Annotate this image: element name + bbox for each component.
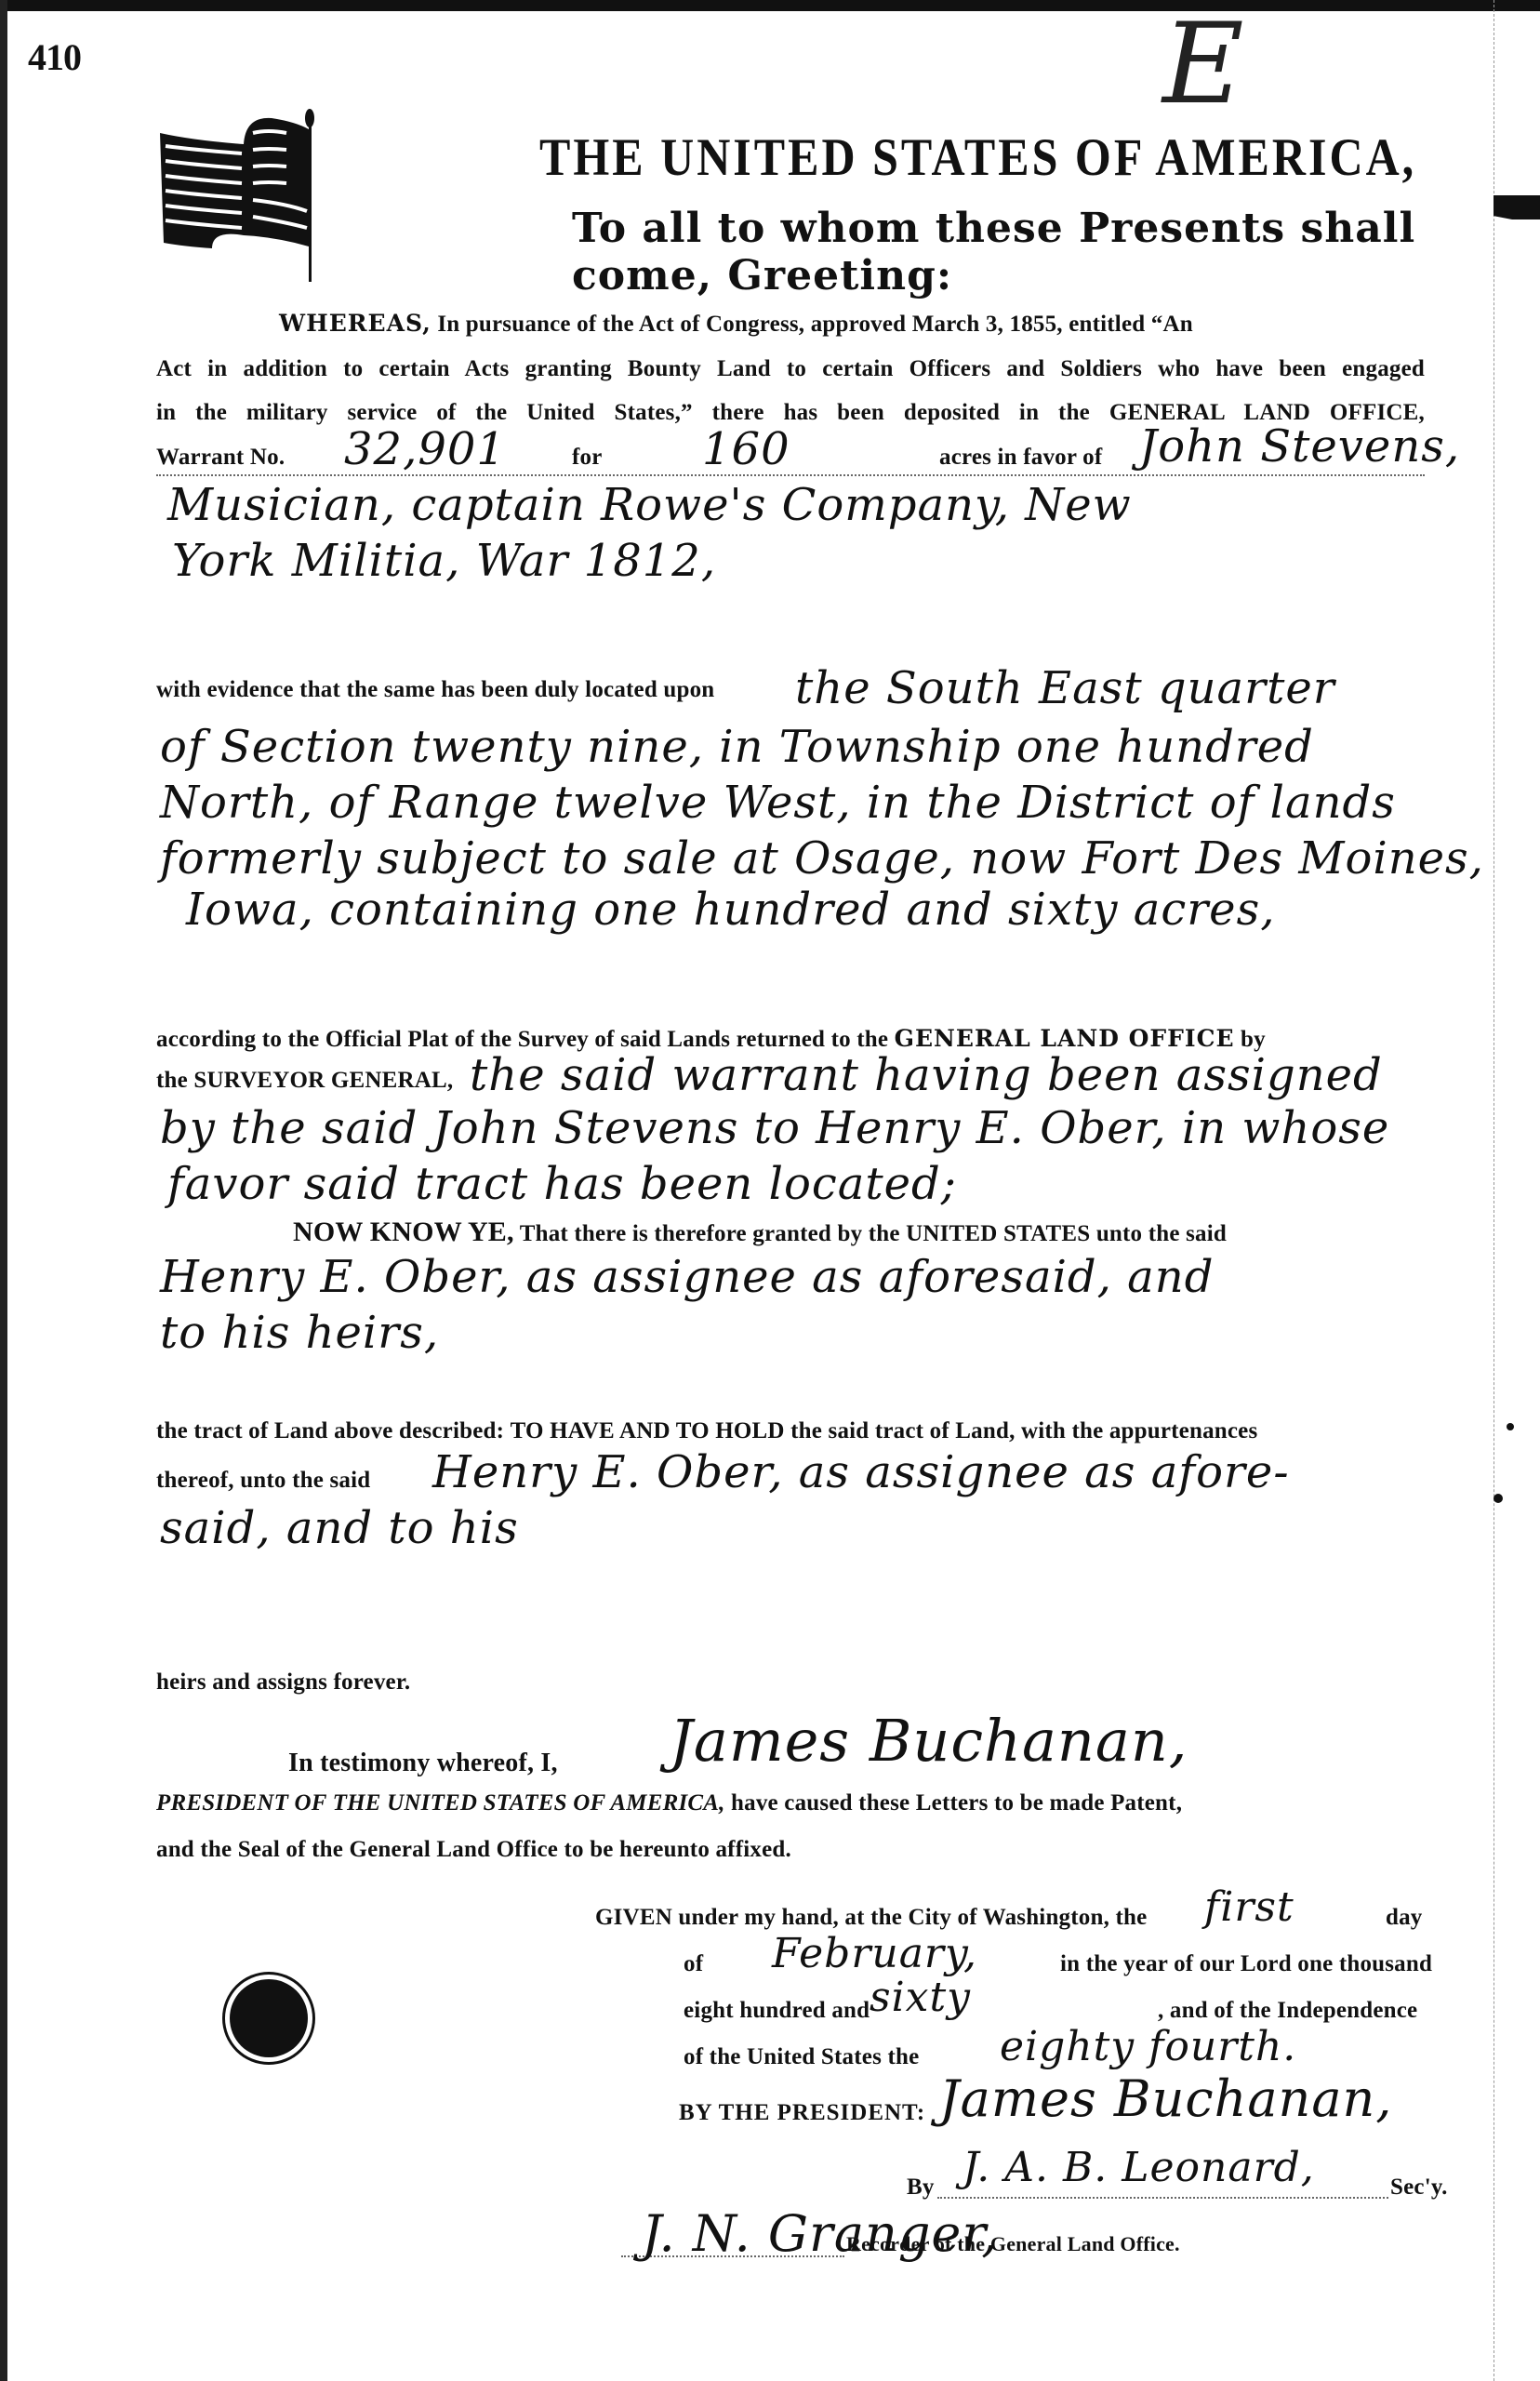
dotted-rule [156,474,1425,476]
greeting: To all to whom these Presents shall come… [572,205,1540,299]
acres-value: 160 [702,423,790,475]
independence-year: eighty fourth. [1000,2023,1296,2070]
given-line-3: eight hundred and [684,1998,870,2024]
flag-icon [156,107,314,284]
location-label: with evidence that the same has been dul… [156,677,714,703]
location-line-5: Iowa, containing one hundred and sixty a… [186,884,1275,936]
grantee-description-line-1: Musician, captain Rowe's Company, New [167,479,1132,531]
preamble-line-2: Act in addition to certain Acts granting… [156,356,1425,382]
margin-annotation: E [1162,9,1244,121]
page-number: 410 [28,35,81,79]
given-line-2: in the year of our Lord one thousand [1060,1951,1432,1977]
for-label: for [572,445,603,471]
given-month: February, [772,1930,977,1977]
given-day: first [1204,1883,1294,1931]
warrant-label: Warrant No. [156,445,285,471]
grant-grantee-line-1: Henry E. Ober, as assignee as aforesaid,… [160,1251,1214,1303]
given-line-4: of the United States the [684,2044,919,2070]
habendum-line-3: heirs and assigns forever. [156,1669,410,1696]
scan-right-rule [1494,0,1494,2381]
assignment-line-3: favor said tract has been located; [167,1158,957,1210]
secretary-signature: J. A. B. Leonard, [962,2144,1315,2191]
scan-top-border [0,0,1540,11]
grantee-description-line-2: York Militia, War 1812, [172,535,716,587]
habendum-line-2: thereof, unto the said [156,1468,370,1494]
habendum-grantee-line-2: said, and to his [160,1502,519,1554]
location-line-3: North, of Range twelve West, in the Dist… [160,777,1396,829]
president-signature: James Buchanan, [670,1707,1188,1775]
testimony-line-1: PRESIDENT OF THE UNITED STATES OF AMERIC… [156,1790,1182,1816]
given-line-3-end: , and of the Independence [1158,1998,1417,2024]
preamble-line-1: WHEREAS, In pursuance of the Act of Cong… [279,310,1193,338]
grantee-name: John Stevens, [1139,420,1460,472]
location-line-1: the South East quarter [795,662,1335,714]
secretary-title: Sec'y. [1390,2175,1448,2201]
by-president-signature: James Buchanan, [939,2069,1392,2128]
assignment-line-1: the said warrant having been assigned [470,1049,1383,1101]
signature-line [937,2197,1388,2199]
given-line-1: GIVEN under my hand, at the City of Wash… [595,1905,1147,1931]
scan-dot [1507,1423,1514,1430]
document-title: THE UNITED STATES OF AMERICA, [539,126,1416,188]
warrant-number: 32,901 [344,423,506,475]
given-year: sixty [870,1974,971,2021]
location-line-2: of Section twenty nine, in Township one … [160,721,1314,773]
survey-line-2: the SURVEYOR GENERAL, [156,1068,453,1094]
testimony-intro: In testimony whereof, I, [288,1749,558,1778]
acres-label: acres in favor of [939,445,1102,471]
grant-line-1: NOW KNOW YE, That there is therefore gra… [293,1217,1425,1248]
scan-left-border [0,0,7,2381]
testimony-line-2: and the Seal of the General Land Office … [156,1837,791,1863]
recorder-title: Recorder of the General Land Office. [846,2232,1180,2256]
location-line-4: formerly subject to sale at Osage, now F… [160,832,1484,885]
general-land-office-seal [230,1979,308,2057]
now-know-ye: NOW KNOW YE, [293,1217,514,1247]
assignment-line-2: by the said John Stevens to Henry E. Obe… [160,1102,1389,1154]
habendum-grantee-line-1: Henry E. Ober, as assignee as afore- [432,1446,1290,1498]
day-label: day [1386,1905,1423,1931]
whereas-word: WHEREAS, [279,310,431,337]
scan-dot [1494,1494,1503,1503]
grant-grantee-line-2: to his heirs, [160,1307,439,1359]
by-president-label: BY THE PRESIDENT: [679,2100,925,2126]
by-label: By [907,2175,935,2201]
of-label: of [684,1951,703,1977]
habendum-line-1: the tract of Land above described: TO HA… [156,1418,1257,1444]
